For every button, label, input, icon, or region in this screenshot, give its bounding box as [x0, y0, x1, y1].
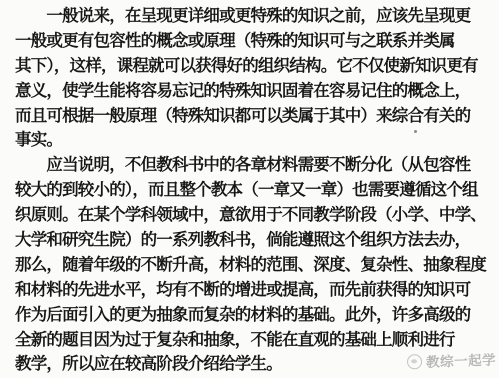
brand-logo-icon	[407, 354, 423, 370]
text-line: 事实。	[15, 128, 493, 153]
text-line: 较大的到较小的），而且整个教本（一章又一章）也需要遵循这个组	[15, 178, 493, 203]
text-line: 全新的题目因为过于复杂和抽象，不能在直观的基础上顺利进行	[15, 328, 493, 353]
text-line: 一般或更有包容性的概念或原理（特殊的知识可与之联系并类属	[15, 29, 493, 54]
scan-speck	[414, 130, 417, 133]
text-line: 织原则。在某个学科领域中，意欲用于不同教学阶段（小学、中学、	[15, 203, 493, 228]
text-line: 意义，使学生能将容易忘记的特殊知识固着在容易记住的概念上，	[15, 79, 493, 104]
watermark: 教综一起学	[407, 348, 497, 371]
watermark-text: 教综一起学	[426, 348, 497, 370]
text-line: 和材料的先进水平，均有不断的增进或提高，而先前获得的知识可	[15, 278, 493, 303]
text-line: 而且可根据一般原理（特殊知识都可以类属于其中）来综合有关的	[15, 104, 493, 129]
scanned-book-page: 一般说来，在呈现更详细或更特殊的知识之前，应该先呈现更 一般或更有包容性的概念或…	[0, 0, 499, 378]
text-line: 应当说明，不但教科书中的各章材料需要不断分化（从包容性	[15, 153, 493, 178]
text-line: 作为后面引入的更为抽象而复杂的材料的基础。此外，许多高级的	[15, 303, 493, 328]
text-line: 其下），这样，课程就可以获得好的组织结构。它不仅使新知识更有	[15, 54, 493, 79]
text-line: 大学和研究生院）的一系列教科书，倘能遵照这个组织方法去办，	[15, 228, 493, 253]
text-line: 那么，随着年级的不断升高，材料的范围、深度、复杂性、抽象程度	[15, 253, 493, 278]
text-line: 一般说来，在呈现更详细或更特殊的知识之前，应该先呈现更	[15, 4, 493, 29]
